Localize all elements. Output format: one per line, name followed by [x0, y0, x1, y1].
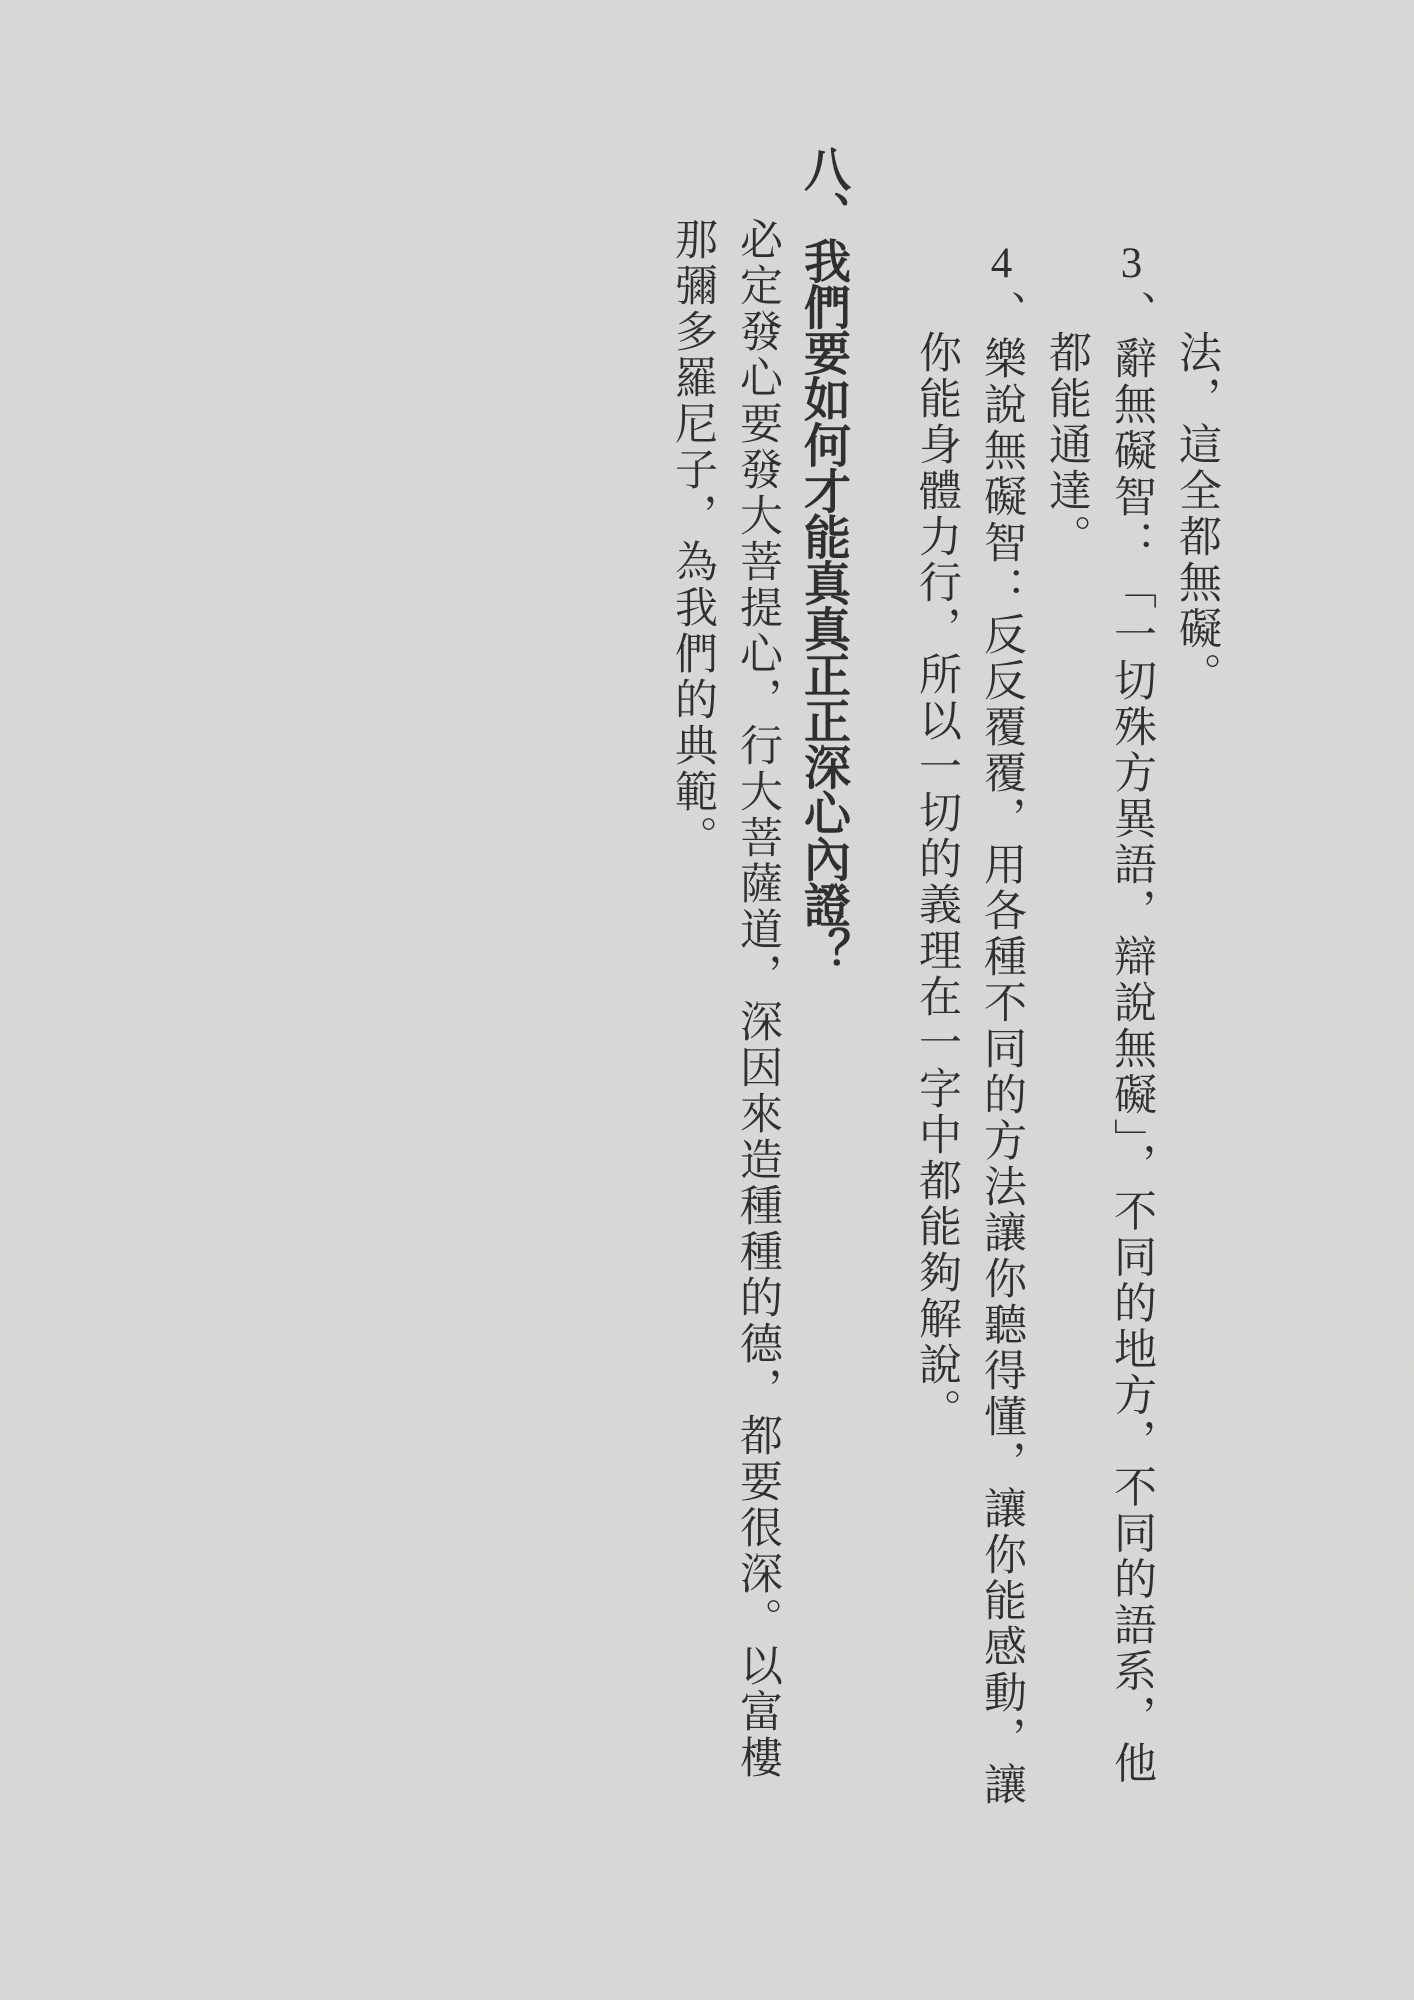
text-column-section-8-body: 必定發心要發大菩提心，行大菩薩道，深因來造種種的德，都要很深。以富樓	[725, 145, 790, 1875]
text-column-item-4: 4、樂說無礙智：反反覆覆，用各種不同的方法讓你聽得懂，讓你能感動，讓	[969, 145, 1034, 1875]
text-column-section-8-body-continuation: 那彌多羅尼子，為我們的典範。	[660, 145, 725, 1875]
vertical-text-block: 法，這全都無礙。 3、辭無礙智：「一切殊方異語，辯說無礙」，不同的地方，不同的語…	[660, 145, 1229, 1875]
text-column-section-8-heading: 八、我們要如何才能真真正正深心內證？	[790, 145, 855, 1875]
text-column-item-3-continuation: 都能通達。	[1034, 145, 1099, 1875]
text-column-continuation-previous: 法，這全都無礙。	[1164, 145, 1229, 1875]
column-spacer	[855, 145, 904, 1875]
scanned-page: 法，這全都無礙。 3、辭無礙智：「一切殊方異語，辯說無礙」，不同的地方，不同的語…	[0, 0, 1414, 2000]
text-column-item-4-continuation: 你能身體力行，所以一切的義理在一字中都能夠解說。	[904, 145, 969, 1875]
text-column-item-3: 3、辭無礙智：「一切殊方異語，辯說無礙」，不同的地方，不同的語系，他	[1099, 145, 1164, 1875]
